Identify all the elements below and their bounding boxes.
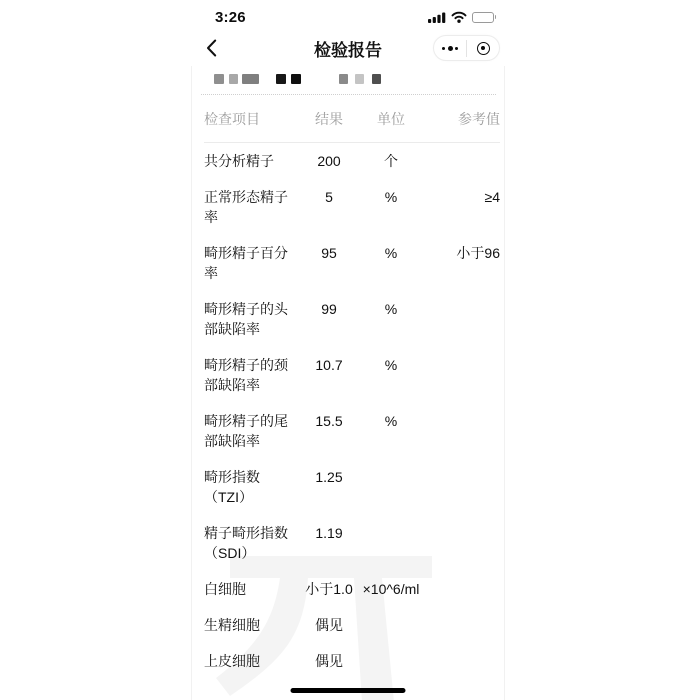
table-row: 畸形精子的颈 部缺陷率 10.7 % (204, 347, 500, 403)
row-item-name: 正常形态精子 率 (204, 187, 296, 227)
row-unit: 个 (362, 151, 420, 171)
row-result-value: 15.5 (296, 411, 362, 431)
row-result-value: 1.19 (296, 523, 362, 543)
header-item: 检查项目 (204, 109, 296, 129)
redacted-block (276, 74, 286, 84)
table-row: 白细胞 小于1.0 ×10^6/ml (204, 571, 500, 607)
redacted-patient-info (214, 73, 504, 84)
redacted-block (339, 74, 348, 84)
row-result-value: 200 (296, 151, 362, 171)
row-item-name: 生精细胞 (204, 615, 296, 635)
table-row: 正常形态精子 率 5 % ≥4 (204, 179, 500, 235)
table-row: 生精细胞 偶见 (204, 607, 500, 643)
row-item-name: 畸形精子的颈 部缺陷率 (204, 355, 296, 395)
table-row: 畸形精子百分 率 95 % 小于96 (204, 235, 500, 291)
row-unit: % (362, 299, 420, 319)
signal-icon (428, 12, 446, 23)
row-item-name: 共分析精子 (204, 151, 296, 171)
phone-screen: 3:26 (191, 0, 505, 700)
table-row: 共分析精子 200 个 (204, 143, 500, 179)
redacted-block (242, 74, 259, 84)
row-item-name: 白细胞 (204, 579, 296, 599)
wifi-icon (451, 11, 467, 23)
row-result-value: 95 (296, 243, 362, 263)
home-indicator[interactable] (291, 688, 406, 693)
row-item-name: 上皮细胞 (204, 651, 296, 671)
row-reference: 小于96 (420, 243, 500, 263)
row-unit: ×10^6/ml (362, 579, 420, 599)
redacted-block (291, 74, 301, 84)
row-reference: ≥4 (420, 187, 500, 207)
redacted-block (355, 74, 364, 84)
battery-icon (472, 12, 497, 23)
row-unit: % (362, 243, 420, 263)
status-time: 3:26 (215, 9, 246, 26)
table-row: 精子畸形指数 （SDI） 1.19 (204, 515, 500, 571)
row-item-name: 畸形精子百分 率 (204, 243, 296, 283)
row-result-value: 1.25 (296, 467, 362, 487)
back-button[interactable] (197, 30, 225, 66)
row-result-value: 偶见 (296, 651, 362, 671)
row-item-name: 畸形精子的头 部缺陷率 (204, 299, 296, 339)
exit-button[interactable] (467, 36, 499, 60)
row-result-value: 10.7 (296, 355, 362, 375)
table-row: 畸形精子的头 部缺陷率 99 % (204, 291, 500, 347)
redacted-block (214, 74, 224, 84)
circle-dot-icon (477, 42, 490, 55)
header-reference: 参考值 (420, 109, 500, 129)
row-result-value: 小于1.0 (296, 579, 362, 599)
status-icons (428, 11, 497, 23)
row-unit: % (362, 355, 420, 375)
row-item-name: 畸形精子的尾 部缺陷率 (204, 411, 296, 451)
more-button[interactable] (434, 36, 466, 60)
status-bar: 3:26 (191, 0, 505, 30)
header-result: 结果 (296, 109, 362, 129)
table-row: 畸形指数 （TZI） 1.25 (204, 459, 500, 515)
row-item-name: 精子畸形指数 （SDI） (204, 523, 296, 563)
row-unit: % (362, 187, 420, 207)
row-unit: % (362, 411, 420, 431)
header-unit: 单位 (362, 109, 420, 129)
report-content: 检查项目 结果 单位 参考值 共分析精子 200 个 正常形态精子 率 5 % … (191, 66, 505, 700)
row-item-name: 畸形指数 （TZI） (204, 467, 296, 507)
table-row: 上皮细胞 偶见 (204, 643, 500, 679)
miniprogram-capsule (433, 35, 500, 61)
chevron-left-icon (206, 39, 217, 57)
results-table: 检查项目 结果 单位 参考值 共分析精子 200 个 正常形态精子 率 5 % … (192, 95, 504, 679)
row-result-value: 偶见 (296, 615, 362, 635)
table-header: 检查项目 结果 单位 参考值 (204, 95, 500, 143)
row-result-value: 5 (296, 187, 362, 207)
redacted-block (372, 74, 381, 84)
ellipsis-icon (442, 46, 458, 51)
nav-bar: 检验报告 (191, 30, 505, 66)
redacted-block (229, 74, 238, 84)
row-result-value: 99 (296, 299, 362, 319)
table-row: 畸形精子的尾 部缺陷率 15.5 % (204, 403, 500, 459)
table-body: 共分析精子 200 个 正常形态精子 率 5 % ≥4 畸形精子百分 率 95 … (204, 143, 500, 679)
page: 3:26 (0, 0, 700, 700)
